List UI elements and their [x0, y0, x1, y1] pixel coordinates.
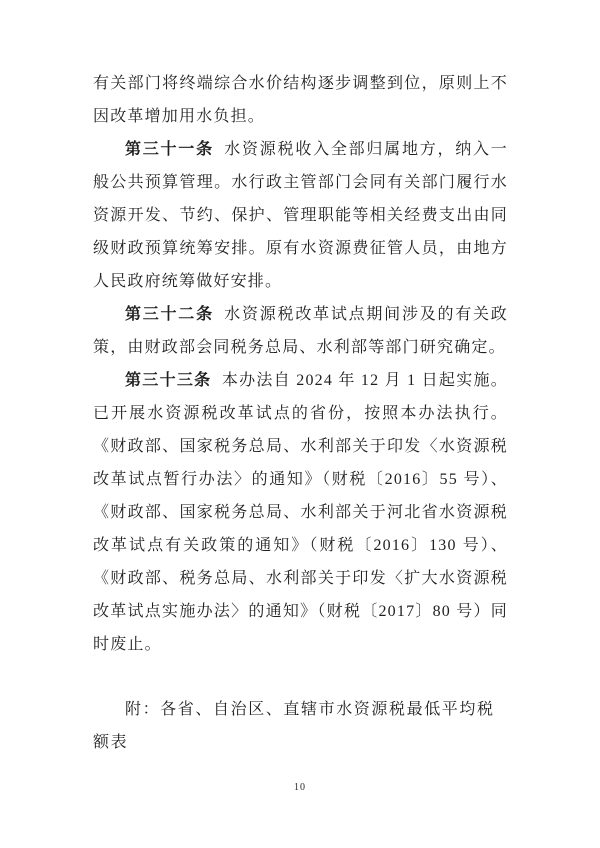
paragraph-article-33: 第三十三条本办法自 2024 年 12 月 1 日起实施。已开展水资源税改革试点… — [93, 364, 508, 661]
paragraph-text: 本办法自 2024 年 12 月 1 日起实施。已开展水资源税改革试点的省份，按… — [93, 372, 508, 653]
page-number: 10 — [0, 782, 600, 793]
document-body: 有关部门将终端综合水价结构逐步调整到位，原则上不因改革增加用水负担。 第三十一条… — [93, 67, 508, 759]
article-number: 第三十三条 — [125, 372, 211, 389]
document-page: 有关部门将终端综合水价结构逐步调整到位，原则上不因改革增加用水负担。 第三十一条… — [0, 0, 600, 848]
paragraph-continuation: 有关部门将终端综合水价结构逐步调整到位，原则上不因改革增加用水负担。 — [93, 67, 508, 133]
attachment-note: 附：各省、自治区、直辖市水资源税最低平均税额表 — [93, 693, 508, 759]
paragraph-text: 有关部门将终端综合水价结构逐步调整到位，原则上不因改革增加用水负担。 — [93, 75, 508, 125]
paragraph-article-31: 第三十一条水资源税收入全部归属地方，纳入一般公共预算管理。水行政主管部门会同有关… — [93, 133, 508, 298]
paragraph-text: 水资源税收入全部归属地方，纳入一般公共预算管理。水行政主管部门会同有关部门履行水… — [93, 141, 508, 290]
article-number: 第三十一条 — [125, 141, 214, 158]
article-number: 第三十二条 — [125, 306, 214, 323]
paragraph-article-32: 第三十二条水资源税改革试点期间涉及的有关政策，由财政部会同税务总局、水利部等部门… — [93, 298, 508, 364]
